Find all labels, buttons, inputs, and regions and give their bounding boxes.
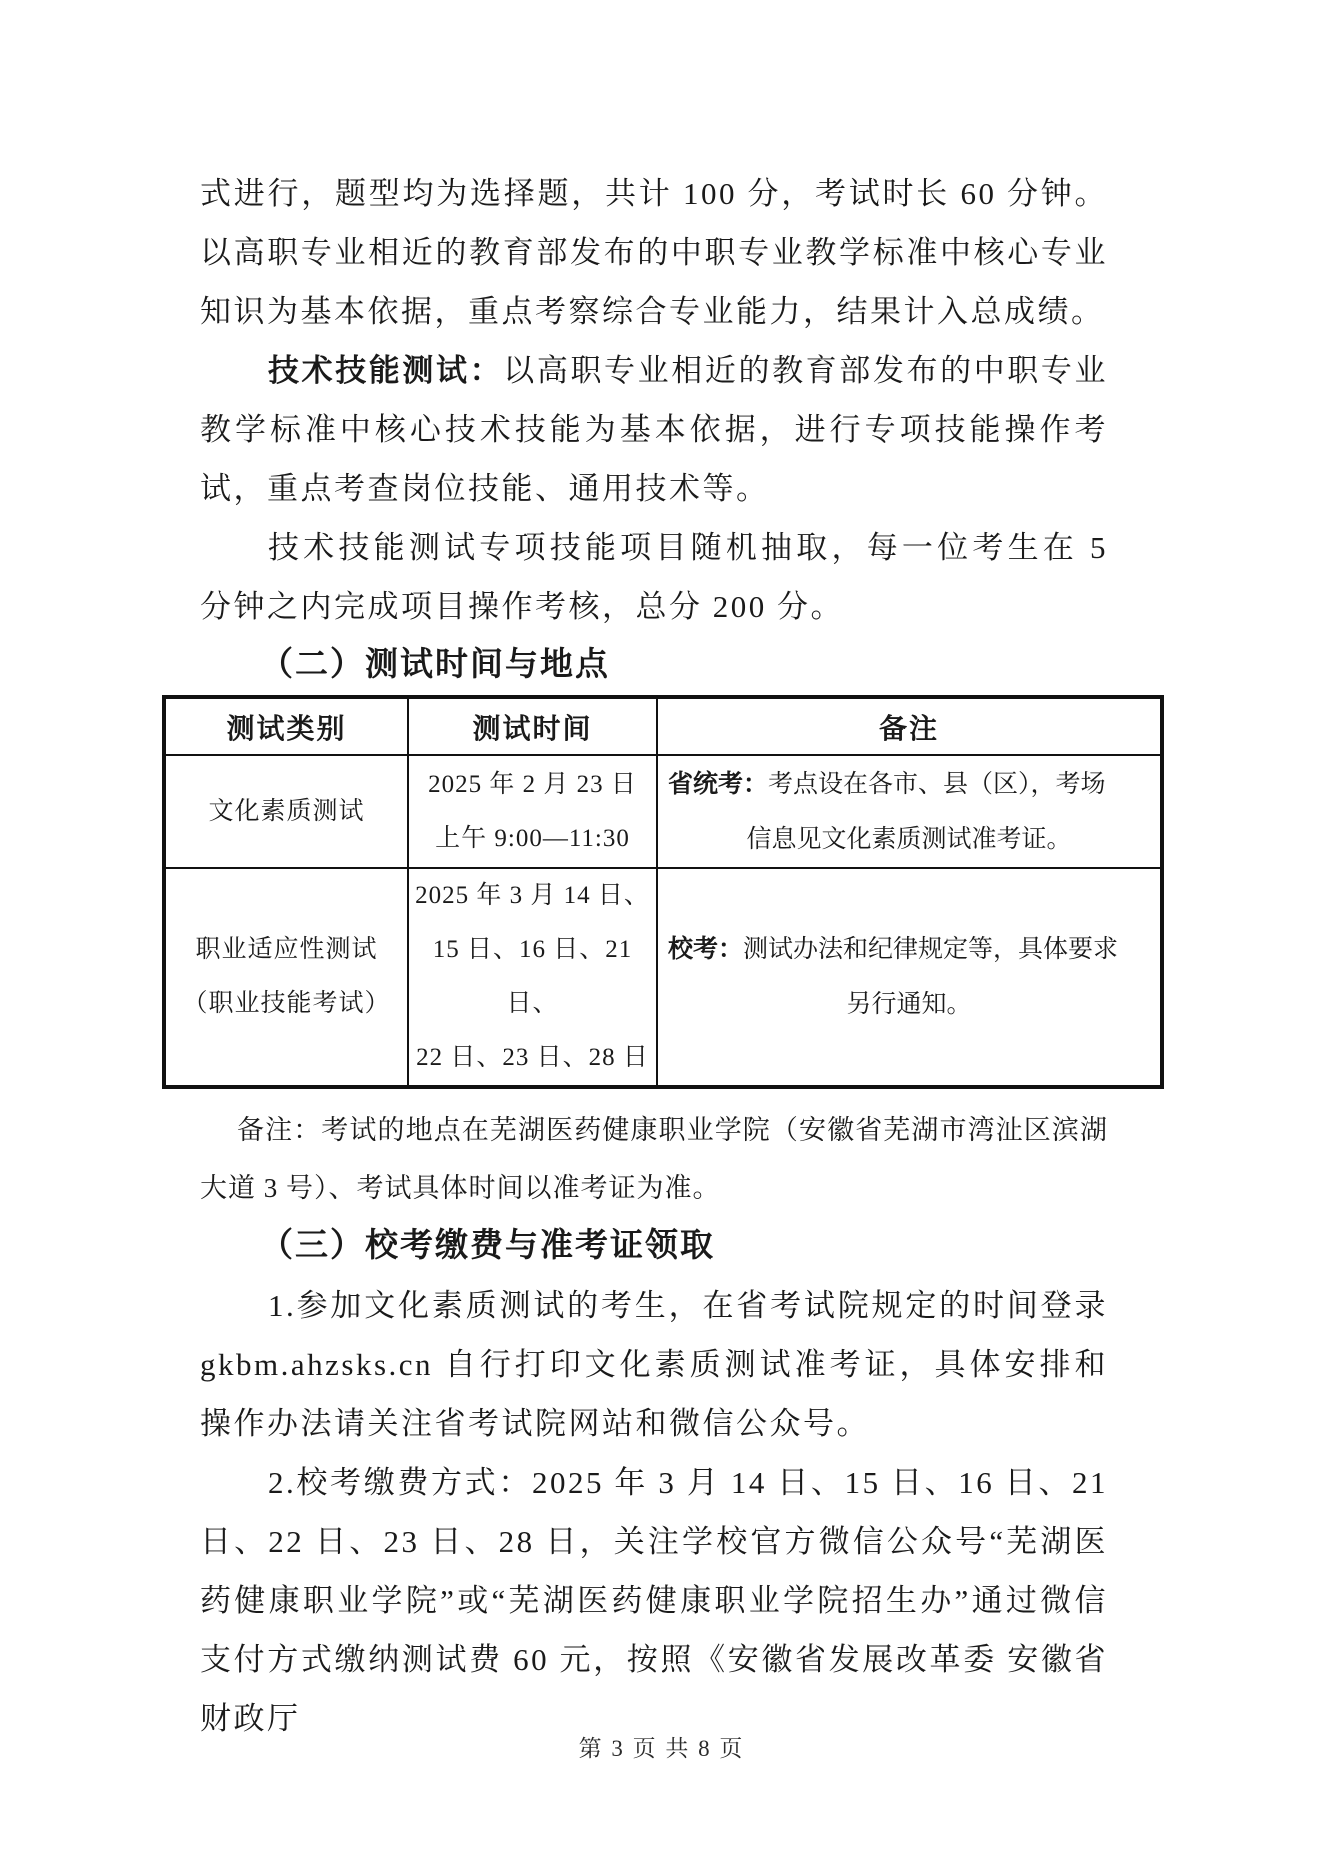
category-text: 文化素质测试: [166, 785, 407, 839]
remark-text: 考点设在各市、县（区），考场: [768, 771, 1106, 798]
document-page: 式进行，题型均为选择题，共计 100 分，考试时长 60 分钟。以高职专业相近的…: [0, 0, 1323, 1871]
paragraph-print-admission-ticket: 1.参加文化素质测试的考生，在省考试院规定的时间登录 gkbm.ahzsks.c…: [200, 1276, 1108, 1453]
test-schedule-table: 测试类别 测试时间 备注 文化素质测试 2025 年 2 月 23 日 上午 9…: [162, 695, 1164, 1089]
time-line: 上午 9:00—11:30: [409, 812, 656, 866]
time-line: 2025 年 2 月 23 日: [409, 758, 656, 812]
table-header-row: 测试类别 测试时间 备注: [164, 697, 1162, 755]
category-text: 职业适应性测试: [166, 923, 407, 977]
remark-lead-label: 省统考：: [668, 771, 768, 798]
time-line: 15 日、16 日、21 日、: [409, 923, 656, 1031]
paragraph-exam-format: 式进行，题型均为选择题，共计 100 分，考试时长 60 分钟。以高职专业相近的…: [200, 164, 1108, 341]
cell-time-aptitude-test: 2025 年 3 月 14 日、 15 日、16 日、21 日、 22 日、23…: [408, 868, 657, 1087]
cell-category-aptitude-test: 职业适应性测试 （职业技能考试）: [164, 868, 408, 1087]
remark-line: 省统考：考点设在各市、县（区），考场: [668, 757, 1150, 812]
remark-text: 测试办法和纪律规定等，具体要求: [743, 936, 1118, 963]
remark-line: 另行通知。: [668, 977, 1150, 1032]
remark-line: 信息见文化素质测试准考证。: [668, 812, 1150, 867]
time-line: 2025 年 3 月 14 日、: [409, 869, 656, 923]
category-text: （职业技能考试）: [166, 977, 407, 1031]
page-number-footer: 第 3 页 共 8 页: [0, 1732, 1323, 1766]
section-heading-payment-admission: （三）校考缴费与准考证领取: [200, 1217, 1108, 1276]
skill-test-lead-label: 技术技能测试：: [268, 353, 503, 388]
cell-remark-province-exam: 省统考：考点设在各市、县（区），考场 信息见文化素质测试准考证。: [657, 755, 1162, 868]
column-header-remark: 备注: [657, 697, 1162, 755]
cell-time-culture-test: 2025 年 2 月 23 日 上午 9:00—11:30: [408, 755, 657, 868]
page-body: 式进行，题型均为选择题，共计 100 分，考试时长 60 分钟。以高职专业相近的…: [200, 164, 1108, 1748]
column-header-test-time: 测试时间: [408, 697, 657, 755]
table-row: 职业适应性测试 （职业技能考试） 2025 年 3 月 14 日、 15 日、1…: [164, 868, 1162, 1087]
paragraph-skill-test-score: 技术技能测试专项技能项目随机抽取，每一位考生在 5 分钟之内完成项目操作考核，总…: [200, 518, 1108, 636]
table-row: 文化素质测试 2025 年 2 月 23 日 上午 9:00—11:30 省统考…: [164, 755, 1162, 868]
cell-category-culture-test: 文化素质测试: [164, 755, 408, 868]
table-note: 备注：考试的地点在芜湖医药健康职业学院（安徽省芜湖市湾沚区滨湖大道 3 号）、考…: [200, 1101, 1108, 1217]
section-heading-test-time-location: （二）测试时间与地点: [200, 636, 1108, 695]
paragraph-payment-method: 2.校考缴费方式：2025 年 3 月 14 日、15 日、16 日、21 日、…: [200, 1453, 1108, 1748]
time-line: 22 日、23 日、28 日: [409, 1031, 656, 1085]
cell-remark-school-exam: 校考：测试办法和纪律规定等，具体要求 另行通知。: [657, 868, 1162, 1087]
remark-line: 校考：测试办法和纪律规定等，具体要求: [668, 922, 1150, 977]
paragraph-skill-test: 技术技能测试：以高职专业相近的教育部发布的中职专业教学标准中核心技术技能为基本依…: [200, 341, 1108, 518]
remark-lead-label: 校考：: [668, 936, 743, 963]
column-header-test-category: 测试类别: [164, 697, 408, 755]
